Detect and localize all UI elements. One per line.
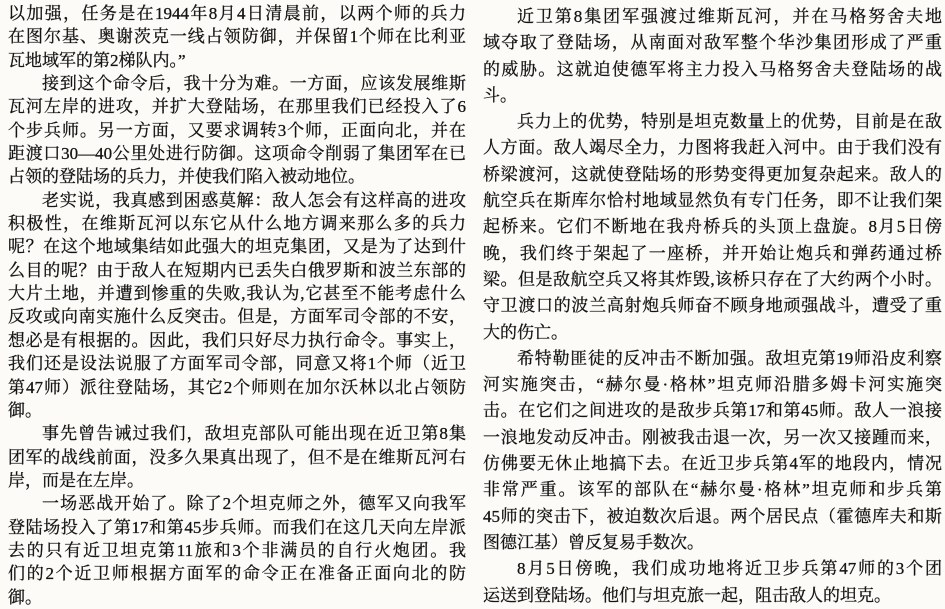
text-line: 守卫渡口的波兰高射炮兵师奋不顾身地顽强战斗，遭受了重 xyxy=(483,293,942,319)
text-line: 河实施突击，“赫尔曼·格林”坦克师沿腊多姆卡河实施突 xyxy=(483,372,942,398)
text-line: 登陆场投入了第17和第45步兵师。而我们在这几天向左岸派 xyxy=(8,516,466,539)
text-line: 么目的呢？由于敌人在短期内已丢失白俄罗斯和波兰东部的 xyxy=(8,259,466,282)
text-line: 的威胁。这就迫使德军将主力投入马格努舍夫登陆场的战 xyxy=(483,57,942,83)
text-line: 岸，而是在左岸。 xyxy=(8,469,466,492)
paragraph: 接到这个命令后，我十分为难。一方面，应该发展维斯瓦河左岸的进攻，并扩大登陆场，在… xyxy=(8,72,466,189)
text-line: 斗。 xyxy=(483,83,942,109)
text-line: 距渡口30—40公里处进行防御。这项命令削弱了集团军在已 xyxy=(8,142,466,165)
text-line: 御。 xyxy=(8,399,466,422)
text-line: 8月5日傍晚，我们成功地将近卫步兵第47师的3个团 xyxy=(483,556,942,582)
text-line: 事先曾告诫过我们，敌坦克部队可能出现在近卫第8集 xyxy=(8,422,466,445)
text-line: 接到这个命令后，我十分为难。一方面，应该发展维斯 xyxy=(8,72,466,95)
text-line: 运送到登陆场。他们与坦克旅一起，阻击敌人的坦克。 xyxy=(483,583,942,609)
text-line: 老实说，我真感到困惑莫解：敌人怎会有这样高的进攻 xyxy=(8,189,466,212)
text-line: 占领的登陆场的兵力，并使我们陷入被动地位。 xyxy=(8,165,466,188)
text-line: 们的2个近卫师根据方面军的命令正在准备正面向北的防 xyxy=(8,562,466,585)
paragraph: 8月5日傍晚，我们成功地将近卫步兵第47师的3个团运送到登陆场。他们与坦克旅一起… xyxy=(483,556,942,609)
paragraph: 近卫第8集团军强渡过维斯瓦河，并在马格努舍夫地域夺取了登陆场，从南面对敌军整个华… xyxy=(483,4,942,109)
text-line: 晚，我们终于架起了一座桥，并开始让炮兵和弹药通过桥 xyxy=(483,241,942,267)
text-line: 人方面。敌人竭尽全力，力图将我赶入河中。由于我们没有 xyxy=(483,135,942,161)
text-line: 梁。但是敌航空兵又将其炸毁,该桥只存在了大约两个小时。 xyxy=(483,267,942,293)
text-line: 团军的战线前面，没多久果真出现了，但不是在维斯瓦河右 xyxy=(8,446,466,469)
text-line: 想必是有根据的。因此，我们只好尽力执行命令。事实上， xyxy=(8,329,466,352)
paragraph: 以加强，任务是在1944年8月4日清晨前，以两个师的兵力在图尔基、奥谢茨克一线占… xyxy=(8,2,466,72)
text-line: 第47师）派往登陆场，其它2个师则在加尔沃林以北占领防 xyxy=(8,376,466,399)
paragraph: 希特勒匪徒的反冲击不断加强。敌坦克第19师沿皮利察河实施突击，“赫尔曼·格林”坦… xyxy=(483,346,942,556)
text-line: 瓦河左岸的进攻，并扩大登陆场，在那里我们已经投入了6 xyxy=(8,95,466,118)
text-line: 积极性，在维斯瓦河以东它从什么地方调来那么多的兵力 xyxy=(8,212,466,235)
text-line: 兵力上的优势，特别是坦克数量上的优势，目前是在敌 xyxy=(483,109,942,135)
text-line: 反攻或向南实施什么反突击。但是，方面军司令部的不安， xyxy=(8,305,466,328)
text-line: 瓦地域军的第2梯队内。” xyxy=(8,49,466,72)
text-line: 图德江基）曾反复易手数次。 xyxy=(483,530,942,556)
text-line: 以加强，任务是在1944年8月4日清晨前，以两个师的兵力 xyxy=(8,2,466,25)
text-line: 我们还是设法说服了方面军司令部，同意又将1个师（近卫 xyxy=(8,352,466,375)
text-line: 域夺取了登陆场，从南面对敌军整个华沙集团形成了严重 xyxy=(483,30,942,56)
text-line: 航空兵在斯库尔恰村地域显然负有专门任务，即不让我们架 xyxy=(483,188,942,214)
paragraph: 兵力上的优势，特别是坦克数量上的优势，目前是在敌人方面。敌人竭尽全力，力图将我赶… xyxy=(483,109,942,346)
text-line: 大片土地，并遭到惨重的失败,我认为,它甚至不能考虑什么 xyxy=(8,282,466,305)
text-line: 非常严重。该军的部队在“赫尔曼·格林”坦克师和步兵第 xyxy=(483,477,942,503)
paragraph: 一场恶战开始了。除了2个坦克师之外，德军又向我军登陆场投入了第17和第45步兵师… xyxy=(8,492,466,609)
text-line: 在图尔基、奥谢茨克一线占领防御，并保留1个师在比利亚 xyxy=(8,25,466,48)
text-line: 仿佛要无休止地搞下去。在近卫步兵第4军的地段内，情况 xyxy=(483,451,942,477)
text-line: 御。 xyxy=(8,586,466,609)
text-column-right: 近卫第8集团军强渡过维斯瓦河，并在马格努舍夫地域夺取了登陆场，从南面对敌军整个华… xyxy=(483,0,942,609)
text-line: 希特勒匪徒的反冲击不断加强。敌坦克第19师沿皮利察 xyxy=(483,346,942,372)
text-line: 一浪地发动反冲击。刚被我击退一次，另一次又接踵而来， xyxy=(483,425,942,451)
text-line: 呢？在这个地域集结如此强大的坦克集团，又是为了达到什 xyxy=(8,235,466,258)
book-page: 以加强，任务是在1944年8月4日清晨前，以两个师的兵力在图尔基、奥谢茨克一线占… xyxy=(0,0,945,609)
text-line: 桥梁渡河，这就使登陆场的形势变得更加复杂起来。敌人的 xyxy=(483,162,942,188)
text-line: 一场恶战开始了。除了2个坦克师之外，德军又向我军 xyxy=(8,492,466,515)
text-line: 起桥来。它们不断地在我舟桥兵的头顶上盘旋。8月5日傍 xyxy=(483,214,942,240)
text-line: 45师的突击下，被迫数次后退。两个居民点（霍德库夫和斯 xyxy=(483,504,942,530)
paragraph: 事先曾告诫过我们，敌坦克部队可能出现在近卫第8集团军的战线前面，没多久果真出现了… xyxy=(8,422,466,492)
text-column-left: 以加强，任务是在1944年8月4日清晨前，以两个师的兵力在图尔基、奥谢茨克一线占… xyxy=(8,0,466,609)
text-line: 大的伤亡。 xyxy=(483,320,942,346)
text-line: 去的只有近卫坦克第11旅和3个非满员的自行火炮团。我 xyxy=(8,539,466,562)
text-line: 击。在它们之间进攻的是敌步兵第17和第45师。敌人一浪接 xyxy=(483,398,942,424)
paragraph: 老实说，我真感到困惑莫解：敌人怎会有这样高的进攻积极性，在维斯瓦河以东它从什么地… xyxy=(8,189,466,422)
text-line: 个步兵师。另一方面，又要求调转3个师，正面向北，并在 xyxy=(8,119,466,142)
text-line: 近卫第8集团军强渡过维斯瓦河，并在马格努舍夫地 xyxy=(483,4,942,30)
